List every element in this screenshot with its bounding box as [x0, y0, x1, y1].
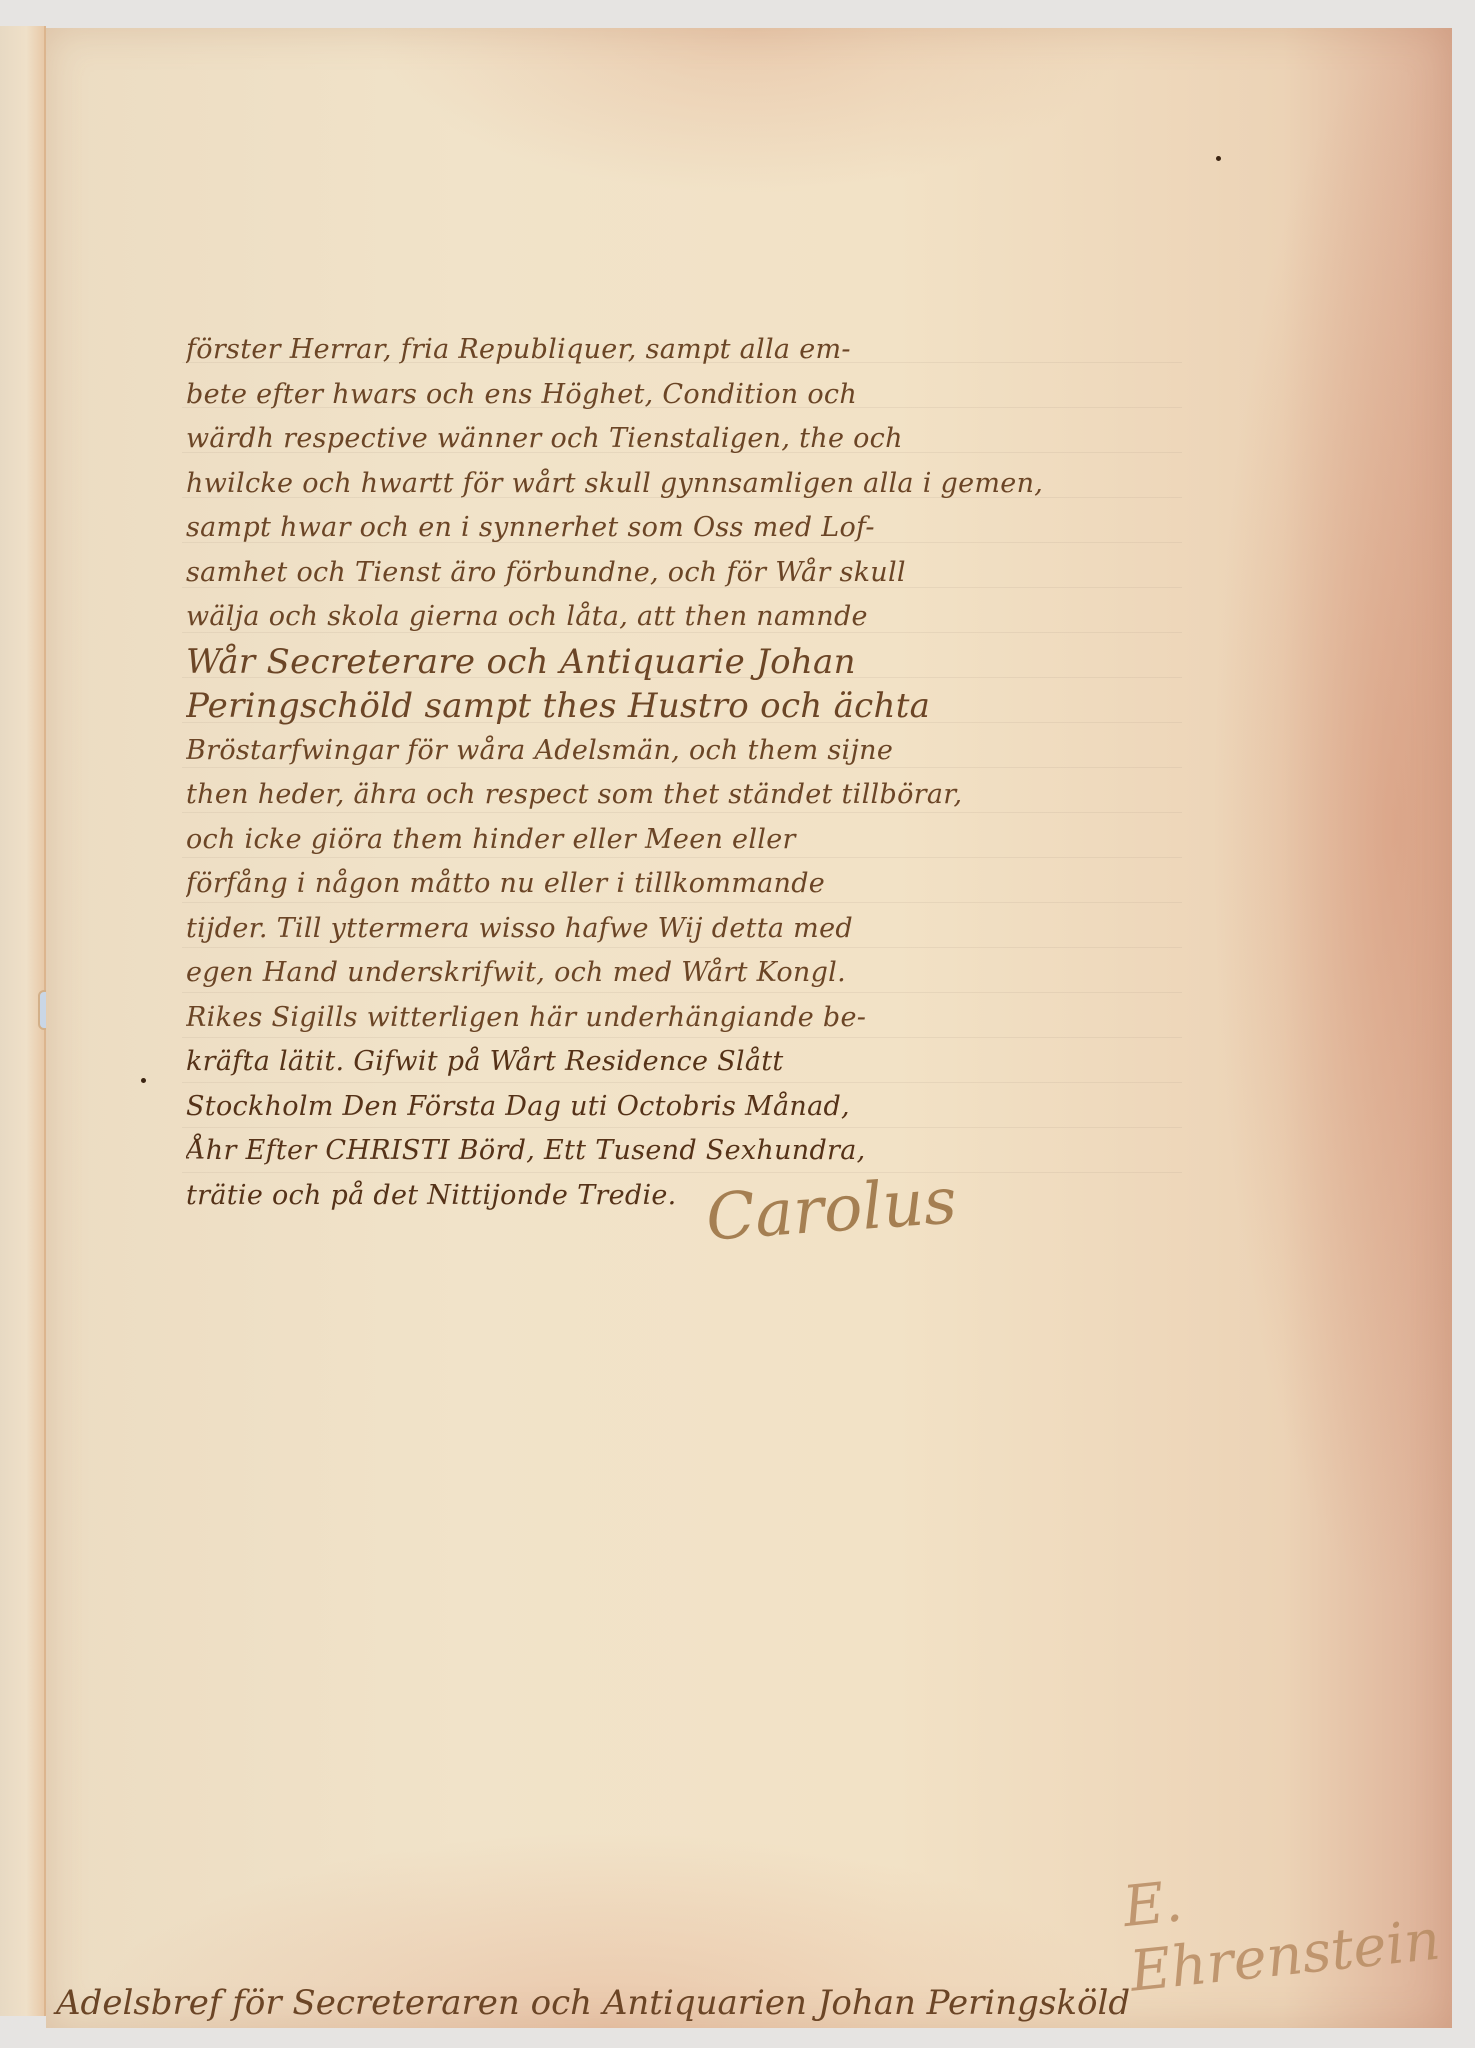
body-line: wälja och skola gierna och låta, att the… — [186, 595, 1196, 640]
body-line: wärdh respective wänner och Tienstaligen… — [186, 417, 1196, 462]
body-line: then heder, ähra och respect som thet st… — [186, 773, 1196, 818]
ink-speck — [141, 1078, 146, 1083]
docket-note: Adelsbref för Secreteraren och Antiquari… — [56, 1983, 1446, 2023]
body-line-dating: Åhr Efter CHRISTI Börd, Ett Tusend Sexhu… — [186, 1129, 1196, 1174]
body-line-dating: kräfta lätit. Gifwit på Wårt Residence S… — [186, 1040, 1196, 1085]
body-line-recipient-title: Wår Secreterare och Antiquarie Johan — [186, 640, 1196, 685]
body-line: Bröstarfwingar för wåra Adelsmän, och th… — [186, 729, 1196, 774]
body-line: bete efter hwars och ens Höghet, Conditi… — [186, 373, 1196, 418]
body-line: hwilcke och hwartt för wårt skull gynnsa… — [186, 462, 1196, 507]
manuscript-page: förster Herrar, fria Republiquer, sampt … — [46, 28, 1452, 2028]
countersignature: E. Ehrenstein — [1120, 1841, 1458, 2004]
letter-body: förster Herrar, fria Republiquer, sampt … — [186, 328, 1196, 1218]
body-line: samhet och Tienst äro förbundne, och för… — [186, 551, 1196, 596]
body-line: och icke giöra them hinder eller Meen el… — [186, 818, 1196, 863]
body-line-recipient-name: Peringschöld sampt thes Hustro och ächta — [186, 684, 1196, 729]
body-line: sampt hwar och en i synnerhet som Oss me… — [186, 506, 1196, 551]
body-line: egen Hand underskrifwit, och med Wårt Ko… — [186, 951, 1196, 996]
body-line: Rikes Sigills witterligen här underhängi… — [186, 996, 1196, 1041]
ink-speck — [1216, 156, 1221, 161]
body-line: förfång i någon måtto nu eller i tillkom… — [186, 862, 1196, 907]
body-line: förster Herrar, fria Republiquer, sampt … — [186, 328, 1196, 373]
body-line: tijder. Till yttermera wisso hafwe Wij d… — [186, 907, 1196, 952]
body-line-dating: Stockholm Den Första Dag uti Octobris Må… — [186, 1085, 1196, 1130]
body-line-dating: trätie och på det Nittijonde Tredie. — [186, 1174, 1196, 1219]
